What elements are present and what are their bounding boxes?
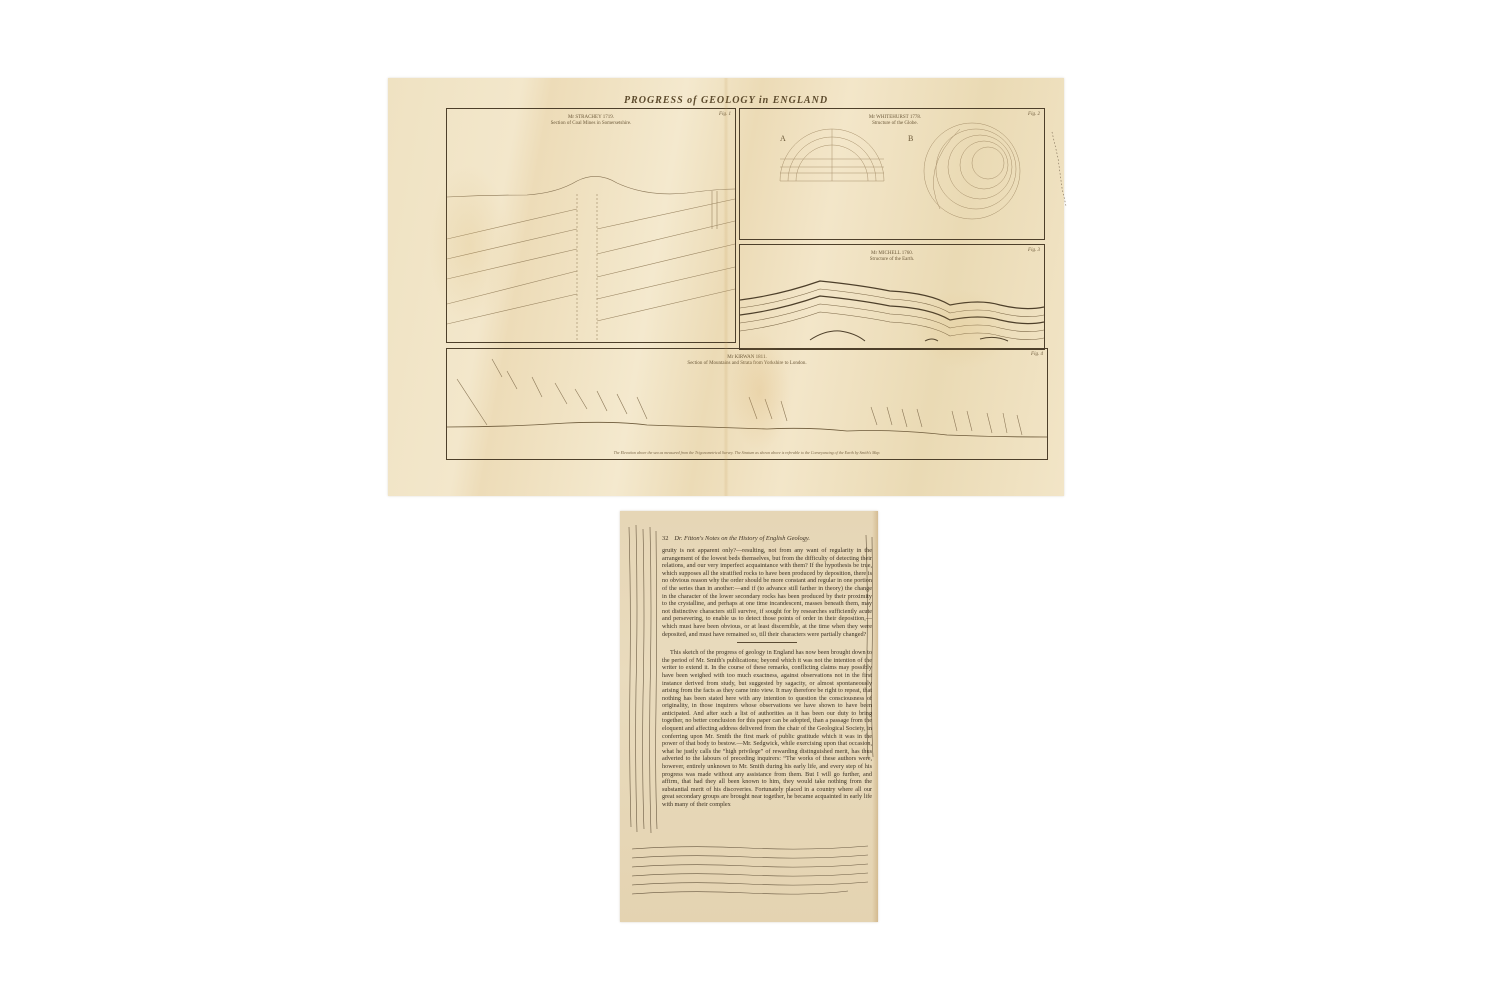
annotated-book-page: 32Dr. Fitton's Notes on the History of E… xyxy=(620,511,878,922)
figure-4-mountain-section: Fig. 4 Mr KIRWAN 1811. Section of Mounta… xyxy=(446,348,1048,460)
plate-footer-note: The Elevation above the sea as measured … xyxy=(447,450,1047,455)
page-number: 32 xyxy=(662,535,668,542)
handwritten-annotation-right xyxy=(862,531,876,761)
page-body-text: gruity is not apparent only?—resulting, … xyxy=(662,547,872,809)
handwritten-annotation-bottom xyxy=(628,841,873,911)
paragraph-2: This sketch of the progress of geology i… xyxy=(662,649,872,808)
geology-plate: PROGRESS of GEOLOGY in ENGLAND Fig. 1 Mr… xyxy=(388,78,1064,496)
handwritten-annotation-left xyxy=(624,517,660,835)
running-head: 32Dr. Fitton's Notes on the History of E… xyxy=(662,535,872,542)
mountain-section-drawing xyxy=(447,349,1047,459)
figure-3-earth-structure: Fig. 3 Mr MICHELL 1760. Structure of the… xyxy=(739,244,1045,350)
section-divider xyxy=(737,642,797,643)
coal-strata-drawing xyxy=(447,109,735,342)
paragraph-1: gruity is not apparent only?—resulting, … xyxy=(662,547,872,638)
margin-pencil-mark xyxy=(1048,128,1068,208)
globe-drawings: A B xyxy=(740,109,1044,239)
svg-text:B: B xyxy=(908,134,913,143)
figure-1-coal-section: Fig. 1 Mr STRACHEY 1719. Section of Coal… xyxy=(446,108,736,343)
running-head-title: Dr. Fitton's Notes on the History of Eng… xyxy=(674,535,810,542)
svg-text:A: A xyxy=(780,134,786,143)
wavy-strata-drawing xyxy=(740,245,1044,349)
figure-2-globe-structure: Fig. 2 Mr WHITEHURST 1778. Structure of … xyxy=(739,108,1045,240)
plate-title: PROGRESS of GEOLOGY in ENGLAND xyxy=(388,95,1064,106)
